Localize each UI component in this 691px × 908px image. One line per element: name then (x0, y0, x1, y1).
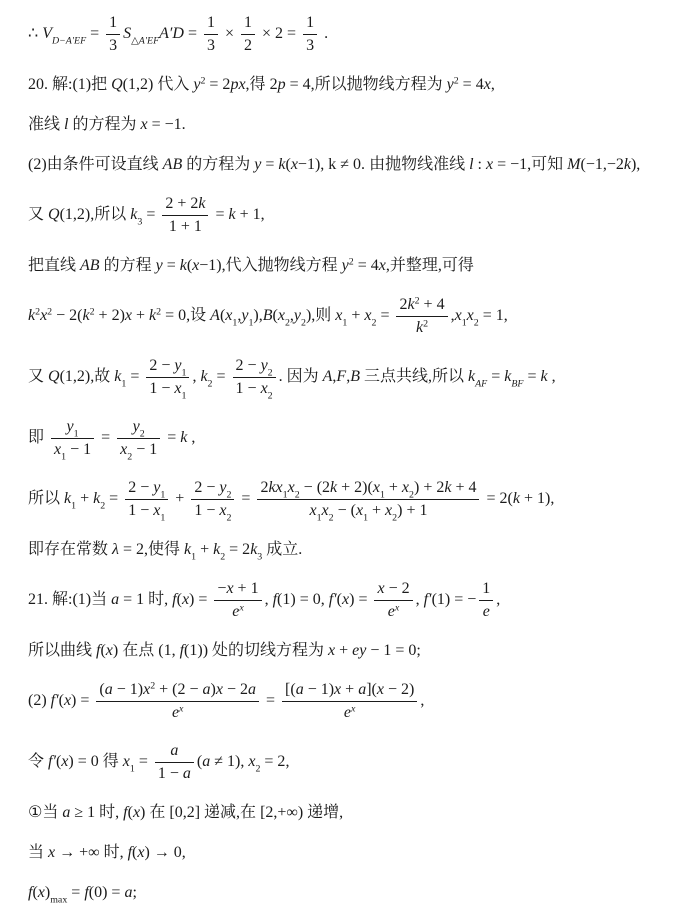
text-run: 成立. (262, 541, 302, 558)
math-run: 2 (295, 489, 300, 500)
math-run: 1 (232, 318, 237, 329)
text-run: , (187, 429, 195, 446)
math-run: Q (111, 76, 123, 93)
math-run: 2 − (194, 479, 219, 496)
math-run: = 2 (205, 76, 230, 93)
subscript: 1 (74, 429, 79, 439)
math-run: = (487, 368, 504, 385)
text-run: ; (416, 642, 420, 659)
math-run: k (114, 368, 121, 385)
math-run: −1), k ≠ 0. (298, 156, 365, 173)
math-run: 3 (306, 37, 314, 54)
superscript: x (395, 604, 399, 614)
math-run: ), (253, 307, 262, 324)
subscript: AF (475, 380, 487, 390)
math-run: B (350, 368, 360, 385)
math-run: x (143, 681, 150, 698)
text-run: 把直线 (28, 257, 80, 274)
fraction: (a − 1)x2 + (2 − a)x − 2aex (96, 679, 259, 724)
math-run: 1 (207, 14, 215, 31)
math-run: 1 (244, 14, 252, 31)
superscript: 2 (349, 258, 354, 268)
fraction-numerator: 1 (303, 12, 317, 35)
text-run: ①当 (28, 804, 62, 821)
superscript: 2 (423, 320, 428, 330)
superscript: x (239, 604, 243, 614)
math-run: − 1 (132, 441, 157, 458)
fraction-denominator: 1 − x2 (233, 378, 276, 400)
math-run: 2 (208, 379, 213, 390)
math-run: △ (131, 36, 139, 47)
fraction-denominator: x2 − 1 (117, 439, 160, 461)
math-run: M (567, 156, 580, 173)
math-run: a (203, 681, 211, 698)
text-run: ,所以 (90, 206, 130, 223)
math-run: 2 (349, 257, 354, 268)
math-run: ) = 0 (68, 753, 98, 770)
math-run: x (455, 307, 462, 324)
fraction: 2 − y21 − x2 (191, 477, 234, 522)
math-run: − 1) (304, 681, 334, 698)
fraction-denominator: 1 − x1 (146, 378, 189, 400)
math-run: x (106, 642, 113, 659)
text-run: 时, (144, 591, 172, 608)
math-run: x (64, 692, 71, 709)
math-run: = (261, 156, 278, 173)
subscript: 1 (71, 502, 76, 512)
math-run: 1 (283, 489, 288, 500)
subscript: 3 (137, 218, 142, 228)
math-run: k (407, 296, 414, 313)
math-run: e (232, 603, 239, 620)
text-run: , (496, 591, 500, 608)
math-run: Q (48, 206, 60, 223)
subscript: 2 (127, 452, 132, 462)
math-run: = (213, 368, 230, 385)
math-run: ]( (366, 681, 377, 698)
math-run: a (248, 681, 256, 698)
math-run: x (379, 257, 386, 274)
math-run: f′ (329, 591, 337, 608)
subscript: 2 (301, 319, 306, 329)
text-run: 又 (28, 206, 48, 223)
math-run: x (182, 591, 189, 608)
subscript: 2 (255, 765, 260, 775)
fraction-numerator: a (155, 740, 194, 763)
math-line: 所以曲线 f(x) 在点 (1, f(1)) 处的切线方程为 x + ey − … (28, 639, 671, 663)
math-run: a (358, 681, 366, 698)
math-run: x (133, 804, 140, 821)
subscript: 2 (220, 552, 225, 562)
math-run: 2 (392, 512, 397, 523)
text-run: ,得 (246, 76, 270, 93)
math-run: 2 (150, 681, 155, 692)
math-run: 2 (301, 318, 306, 329)
subscript: 2 (100, 502, 105, 512)
math-run: 2 (409, 489, 414, 500)
math-run: a (111, 591, 119, 608)
math-run: 2 (270, 76, 278, 93)
math-run: (−1,−2 (580, 156, 623, 173)
math-run: − 1 (66, 441, 91, 458)
subscript: 1 (462, 319, 467, 329)
text-run: 处的切线方程为 (208, 642, 328, 659)
math-run: 1 − (128, 502, 153, 519)
math-run: − (2 (300, 479, 330, 496)
math-run: y (174, 357, 181, 374)
math-run: (0) = (89, 884, 125, 901)
math-run: = (105, 490, 122, 507)
math-line: f(x)max = f(0) = a; (28, 881, 671, 905)
math-run: 1 (160, 512, 165, 523)
subscript: 1 (181, 391, 186, 401)
math-line: 即 y1x1 − 1 = y2x2 − 1 = k , (28, 416, 671, 461)
superscript: 2 (454, 77, 459, 87)
text-run: 的方程 (100, 257, 156, 274)
fraction-denominator: 1 + 1 (162, 216, 208, 238)
text-run: 21. 解:(1)当 (28, 591, 111, 608)
math-run: . (320, 25, 328, 42)
subscript: 2 (226, 513, 231, 523)
text-run: (2) (28, 692, 51, 709)
math-run: 2 (200, 76, 205, 87)
fraction-denominator: e (479, 601, 493, 623)
math-line: 当 x → +∞ 时, f(x) → 0, (28, 841, 671, 865)
math-run: λ (112, 541, 119, 558)
text-run: 时, (100, 844, 128, 861)
text-run: ,代入抛物线方程 (222, 257, 342, 274)
math-run: + (368, 502, 385, 519)
text-run: ,使得 (144, 541, 184, 558)
math-run: x (377, 681, 384, 698)
math-run: (1, (158, 642, 179, 659)
math-run: 2 (100, 501, 105, 512)
subscript: 1 (342, 319, 347, 329)
math-run: k (198, 195, 205, 212)
math-run: = (262, 692, 279, 709)
fraction: 2kx1x2 − (2k + 2)(x1 + x2) + 2k + 4x1x2 … (257, 477, 479, 522)
superscript: x (179, 705, 183, 715)
subscript: 2 (295, 490, 300, 500)
superscript: 2 (90, 308, 95, 318)
fraction-denominator: 1 − x2 (191, 500, 234, 522)
math-run: 2 (268, 390, 273, 401)
math-line: 把直线 AB 的方程 y = k(x−1),代入抛物线方程 y2 = 4x,并整… (28, 254, 671, 278)
math-run: = −1 (493, 156, 527, 173)
math-run: k (149, 307, 156, 324)
fraction-numerator: y2 (117, 416, 160, 439)
subscript: 1 (248, 319, 253, 329)
math-line: 令 f′(x) = 0 得 x1 = a1 − a(a ≠ 1), x2 = 2… (28, 740, 671, 785)
math-run: ) = (189, 591, 211, 608)
math-run: − 2) (384, 681, 414, 698)
math-run: f′ (48, 753, 56, 770)
math-run: (1) = 0, (277, 591, 329, 608)
math-run: x (402, 479, 409, 496)
superscript: 2 (47, 308, 52, 318)
text-run: 20. 解:(1)把 (28, 76, 111, 93)
math-run: y (447, 76, 454, 93)
fraction-numerator: 2 − y1 (146, 355, 189, 378)
fraction-denominator: ex (96, 702, 259, 724)
text-run: , (420, 692, 424, 709)
math-run: 2 (244, 37, 252, 54)
math-line: ∴ VD−A′EF = 13S△A′EFA′D = 13 × 12 × 2 = … (28, 12, 671, 57)
text-run: ,可知 (527, 156, 567, 173)
fraction: 2 + 2k1 + 1 (162, 193, 208, 238)
math-run: x (322, 502, 329, 519)
math-run: 1 (363, 512, 368, 523)
math-run: 1 (109, 14, 117, 31)
math-run: k (624, 156, 631, 173)
math-run: + 2) (95, 307, 125, 324)
math-run: − 1) (113, 681, 143, 698)
subscript: 2 (392, 513, 397, 523)
math-run: x (140, 116, 147, 133)
math-run: AB (80, 257, 100, 274)
math-run: e (172, 704, 179, 721)
math-run: k (541, 368, 548, 385)
text-run: 递增, (303, 804, 343, 821)
subscript: 2 (140, 429, 145, 439)
math-run: S (123, 25, 131, 42)
fraction-denominator: 3 (303, 35, 317, 57)
math-run: + 1 (234, 580, 259, 597)
math-run: , (416, 591, 424, 608)
math-run: 2 (415, 296, 420, 307)
math-run: x (395, 603, 399, 614)
text-run: 在 (145, 804, 169, 821)
subscript: 2 (208, 380, 213, 390)
math-run: x (38, 884, 45, 901)
math-run: . (279, 368, 287, 385)
math-run: [0,2] (169, 804, 200, 821)
math-run: + (196, 541, 213, 558)
math-run: + (2 − (155, 681, 202, 698)
math-run: + (76, 490, 93, 507)
math-run: 2 − (236, 357, 261, 374)
math-run: k (28, 307, 35, 324)
math-run: x (153, 502, 160, 519)
text-run: ; (132, 884, 136, 901)
fraction-numerator: 2 − y2 (191, 477, 234, 500)
text-run: ,并整理,可得 (386, 257, 474, 274)
math-run: x (54, 441, 61, 458)
fraction-numerator: 2 + 2k (162, 193, 208, 216)
text-run: , (285, 753, 289, 770)
subscript: BF (511, 380, 523, 390)
math-run: 1 (482, 580, 490, 597)
math-run: 2 (140, 428, 145, 439)
subscript: 2 (268, 391, 273, 401)
math-run: k (213, 541, 220, 558)
math-run: = 2 (225, 541, 250, 558)
math-run: f′ (424, 591, 432, 608)
math-run: + 1 (236, 206, 261, 223)
math-run: × (221, 25, 238, 42)
math-run: 1 − (158, 765, 183, 782)
text-run: ,则 (311, 307, 335, 324)
math-run: k (468, 368, 475, 385)
math-run: V (42, 25, 52, 42)
math-run: 2 (372, 318, 377, 329)
math-run: (1,2) (60, 368, 91, 385)
math-line: 21. 解:(1)当 a = 1 时, f(x) = −x + 1ex, f(1… (28, 578, 671, 623)
math-run: a (296, 681, 304, 698)
math-run: ∴ (28, 25, 42, 42)
math-run: 2 − (149, 357, 174, 374)
math-run: k (416, 319, 423, 336)
text-run: 又 (28, 368, 48, 385)
math-run: 2 (226, 512, 231, 523)
math-run: a (170, 742, 178, 759)
math-run: y (153, 479, 160, 496)
math-run: 2 (127, 451, 132, 462)
math-run: kx (268, 479, 282, 496)
math-run: ) → 0 (144, 844, 181, 861)
math-run: px (230, 76, 245, 93)
text-run: 代入 (153, 76, 193, 93)
fraction: 1e (479, 578, 493, 623)
math-run: = 2 (119, 541, 144, 558)
math-run: x (288, 479, 295, 496)
subscript: 1 (61, 452, 66, 462)
fraction: x − 2ex (374, 578, 412, 623)
math-run: x (120, 441, 127, 458)
math-run: 1 (181, 390, 186, 401)
text-run: 准线 (28, 116, 64, 133)
fraction: 13 (303, 12, 317, 57)
math-run: B (263, 307, 273, 324)
math-line: (2) f′(x) = (a − 1)x2 + (2 − a)x − 2aex … (28, 679, 671, 724)
subscript: 1 (363, 513, 368, 523)
math-run: y (67, 418, 74, 435)
math-line: 又 Q(1,2),故 k1 = 2 − y11 − x1, k2 = 2 − y… (28, 355, 671, 400)
math-run: a (183, 765, 191, 782)
math-line: 准线 l 的方程为 x = −1. (28, 113, 671, 137)
math-run: 1 (181, 367, 186, 378)
text-run: ,设 (186, 307, 210, 324)
text-run: 即存在常数 (28, 541, 112, 558)
math-run: = 0 (161, 307, 186, 324)
math-run: ≠ 1) (210, 753, 240, 770)
math-run: = (126, 368, 143, 385)
math-run: 3 (257, 551, 262, 562)
subscript: 1 (181, 368, 186, 378)
document-page: ∴ VD−A′EF = 13S△A′EFA′D = 13 × 12 × 2 = … (0, 0, 691, 905)
math-run: k (229, 206, 236, 223)
math-run: x (364, 307, 371, 324)
math-run: 1 (160, 489, 165, 500)
math-run: − 1 = 0 (366, 642, 416, 659)
math-run: [2,+∞) (260, 804, 303, 821)
math-run: 2 (47, 307, 52, 318)
math-run: x (179, 704, 183, 715)
fraction-numerator: 1 (106, 12, 120, 35)
subscript: 2 (372, 319, 377, 329)
subscript: 1 (130, 765, 135, 775)
fraction-numerator: y1 (51, 416, 94, 439)
math-run: = 4 (459, 76, 484, 93)
math-run: = (163, 429, 180, 446)
fraction-numerator: 1 (241, 12, 255, 35)
math-run: 1 (130, 764, 135, 775)
math-run: y (342, 257, 349, 274)
math-run: BF (511, 379, 523, 390)
fraction-numerator: 2 − y2 (233, 355, 276, 378)
math-run: 2 − (128, 479, 153, 496)
math-run: 1 (342, 318, 347, 329)
math-run: AB (163, 156, 183, 173)
text-run: 得 (99, 753, 123, 770)
superscript: 2 (415, 297, 420, 307)
fraction: 13 (204, 12, 218, 57)
subscript: 2 (285, 319, 290, 329)
math-run: x (219, 502, 226, 519)
text-run: 三点共线,所以 (360, 368, 468, 385)
math-run: − 2( (52, 307, 82, 324)
math-run: k (64, 490, 71, 507)
math-run: ) = (349, 591, 371, 608)
text-run: 递减,在 (200, 804, 260, 821)
math-run: = (211, 206, 228, 223)
math-run: e (344, 704, 351, 721)
math-run: 2 (423, 319, 428, 330)
math-run: y (133, 418, 140, 435)
fraction-denominator: 3 (204, 35, 218, 57)
math-run: k (504, 368, 511, 385)
math-line: 所以 k1 + k2 = 2 − y11 − x1 + 2 − y21 − x2… (28, 477, 671, 522)
math-run: + 2)( (337, 479, 373, 496)
math-run: 1 − (194, 502, 219, 519)
math-run: = (142, 206, 159, 223)
math-run: ) = (71, 692, 93, 709)
math-run: = 4 (286, 76, 311, 93)
math-run: Q (48, 368, 60, 385)
math-run: = (67, 884, 84, 901)
subscript: 1 (160, 513, 165, 523)
math-run: (1,2) (123, 76, 154, 93)
text-run: 当 (28, 844, 48, 861)
superscript: 2 (200, 77, 205, 87)
math-run: x (467, 307, 474, 324)
math-line: 20. 解:(1)把 Q(1,2) 代入 y2 = 2px,得 2p = 4,所… (28, 73, 671, 97)
math-run: y (241, 307, 248, 324)
math-run: 1 (317, 512, 322, 523)
fraction: 13 (106, 12, 120, 57)
math-run: 1 (121, 379, 126, 390)
math-run: y (261, 357, 268, 374)
math-run: 2 (226, 489, 231, 500)
math-run: x (174, 380, 181, 397)
subscript: max (50, 895, 67, 905)
math-run: = (163, 257, 180, 274)
fraction-numerator: 2 − y1 (125, 477, 168, 500)
fraction-denominator: k2 (396, 317, 447, 339)
superscript: 2 (156, 308, 161, 318)
math-run: x (261, 380, 268, 397)
math-run: = 1 (479, 307, 504, 324)
math-run: x (385, 502, 392, 519)
math-run: [( (285, 681, 296, 698)
math-run: x (351, 704, 355, 715)
subscript: 2 (329, 513, 334, 523)
text-run: 由抛物线准线 (365, 156, 469, 173)
text-run: 所以 (28, 490, 64, 507)
fraction-denominator: x1x2 − (x1 + x2) + 1 (257, 500, 479, 522)
fraction: 2 − y11 − x1 (125, 477, 168, 522)
math-run: x (226, 580, 233, 597)
